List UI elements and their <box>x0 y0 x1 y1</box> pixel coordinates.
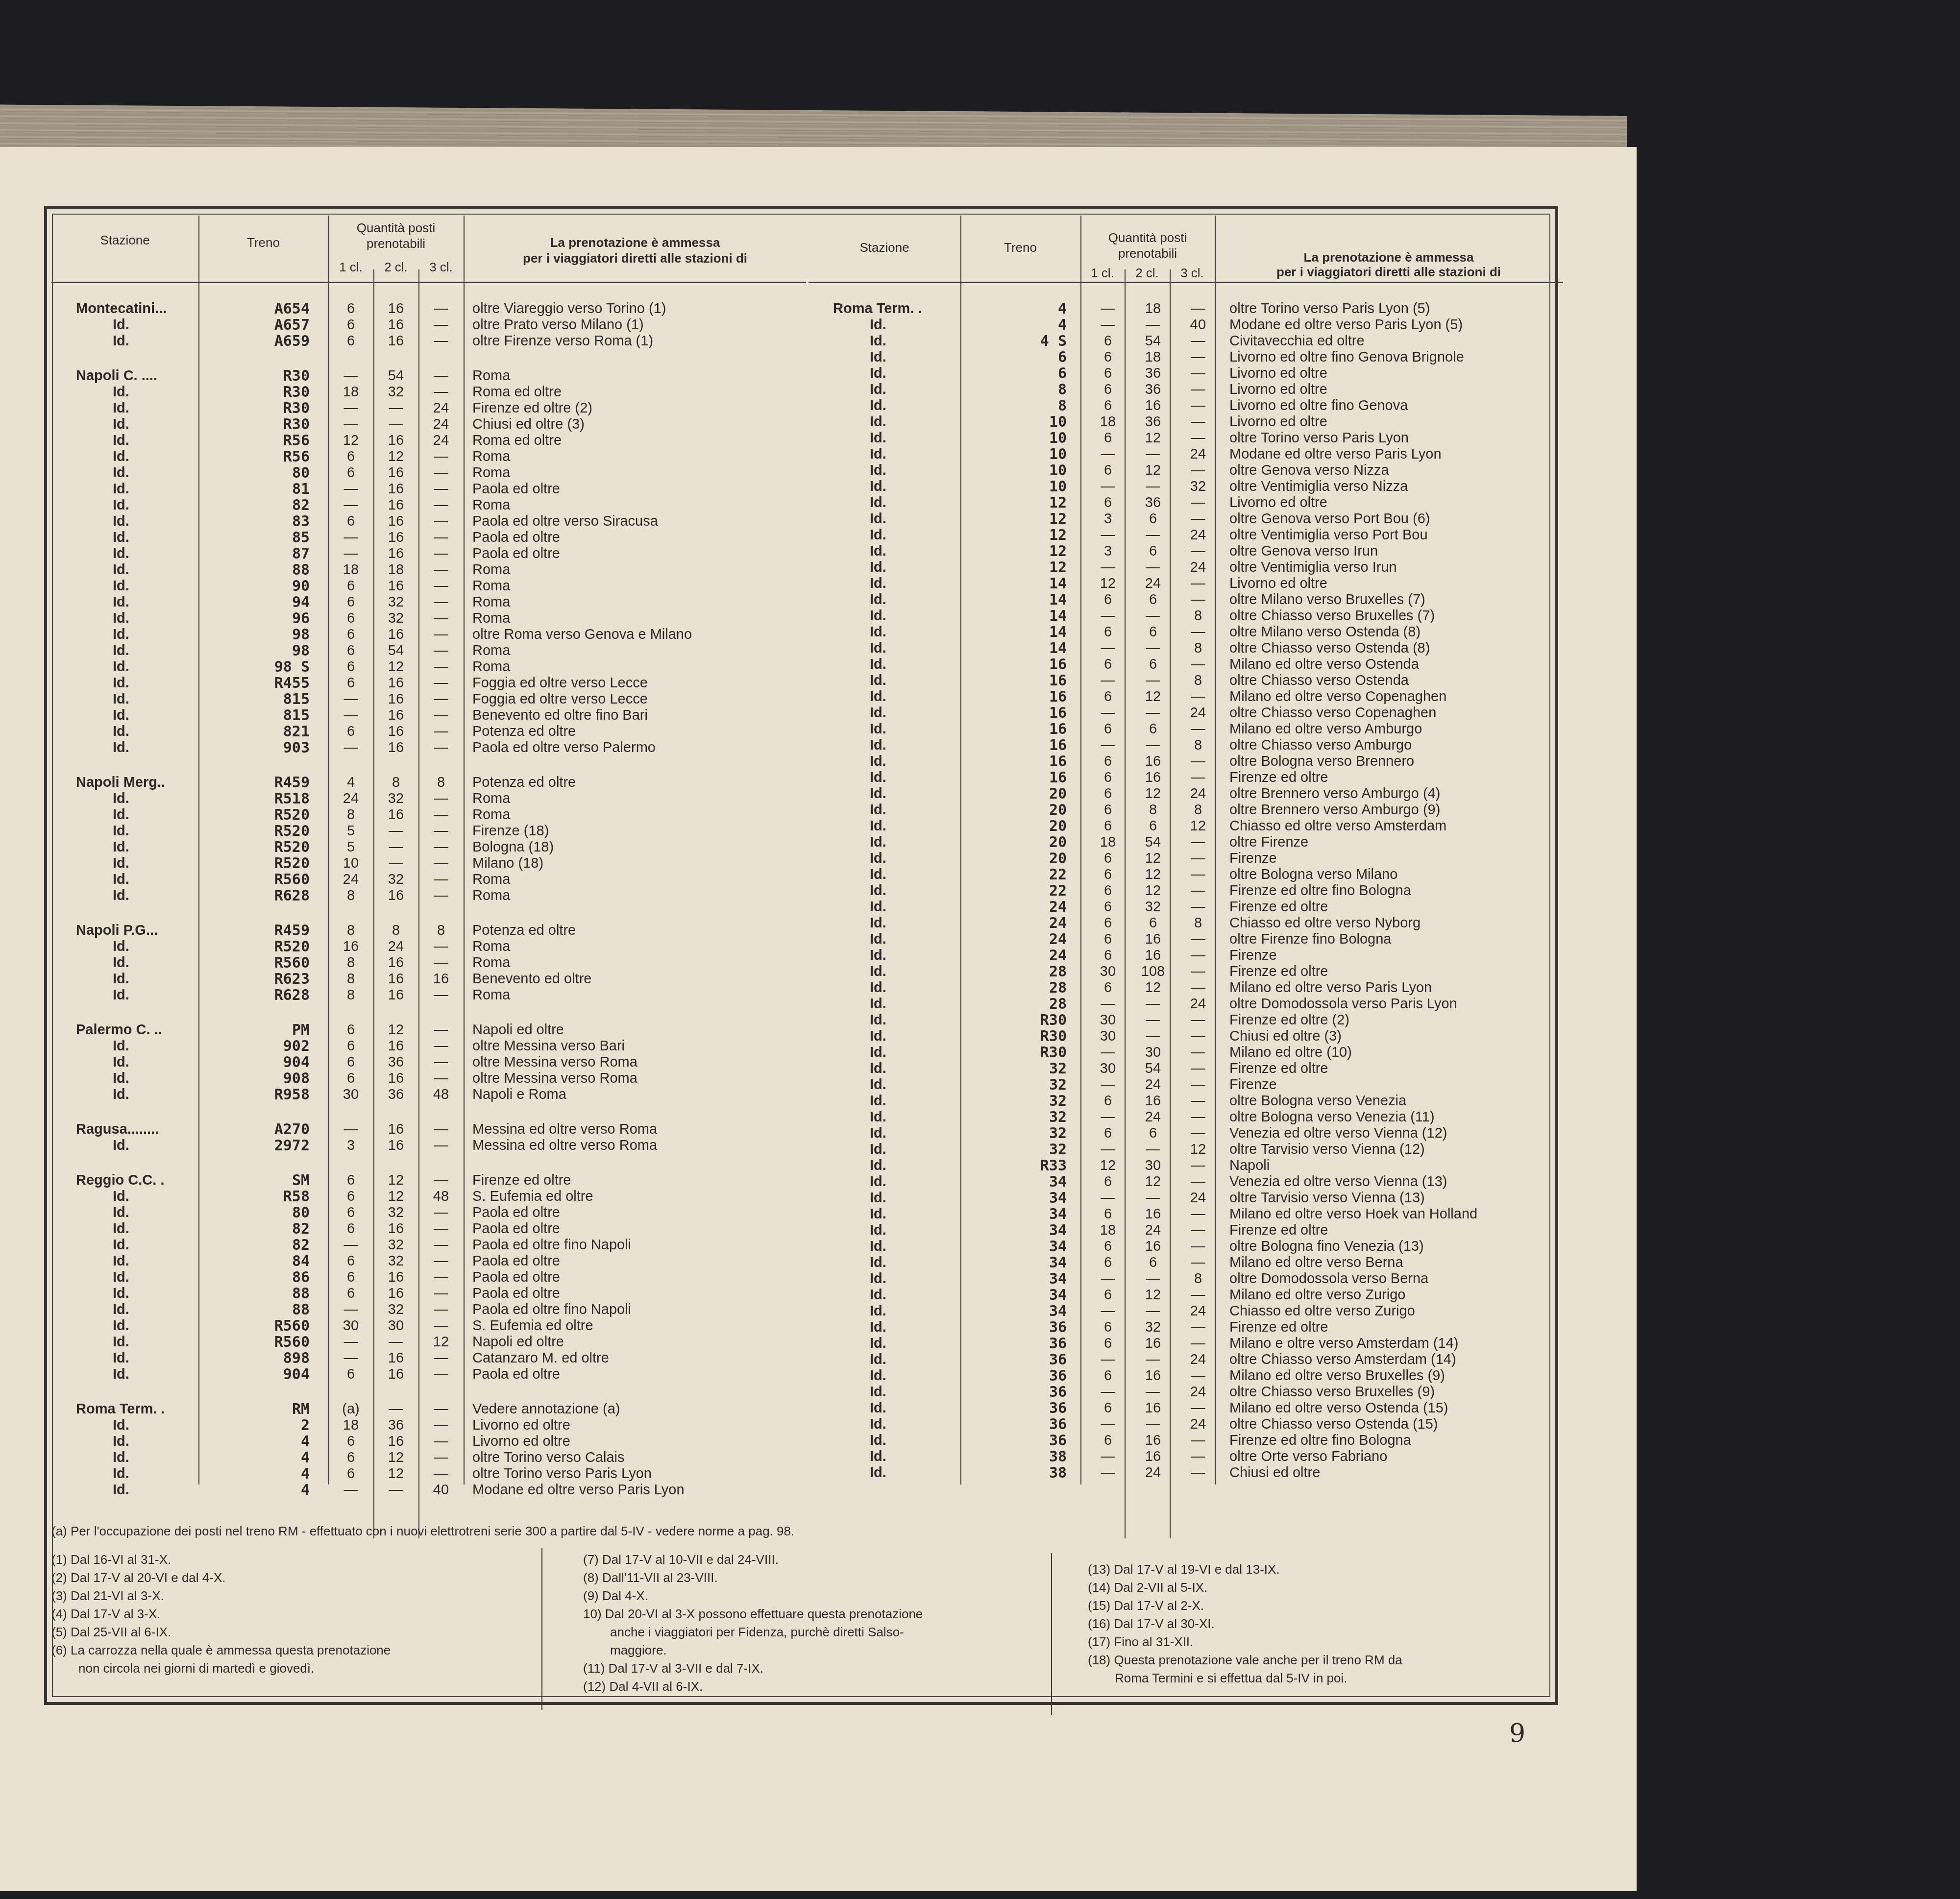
train-cell: 28 <box>955 980 1085 996</box>
station-cell: Ragusa........ <box>51 1121 198 1138</box>
cl3-seats-cell: — <box>1176 754 1221 770</box>
table-row: Id.36616—Firenze ed oltre fino Bologna <box>808 1433 1563 1449</box>
destination-cell: oltre Chiasso verso Amsterdam (14) <box>1221 1352 1456 1368</box>
cl1-seats-cell: 6 <box>328 1022 373 1038</box>
cl1-seats-cell: 6 <box>1085 1239 1130 1255</box>
station-cell: Id. <box>808 737 955 754</box>
train-cell: 36 <box>955 1319 1085 1336</box>
cl3-seats-cell: — <box>1176 1125 1221 1142</box>
train-cell: 86 <box>198 1269 328 1286</box>
train-cell: 22 <box>955 883 1085 899</box>
table-row: Id.1236—oltre Genova verso Port Bou (6) <box>808 511 1563 527</box>
table-row: Id.20688oltre Brennero verso Amburgo (9) <box>808 802 1563 818</box>
cl1-seats-cell: 6 <box>1085 915 1130 931</box>
train-cell: 24 <box>955 915 1085 931</box>
destination-cell: Milano ed oltre verso Ostenda <box>1221 657 1419 673</box>
destination-cell: oltre Genova verso Nizza <box>1221 463 1389 479</box>
cl1-seats-cell: 6 <box>1085 802 1130 818</box>
cl2-seats-cell: — <box>1130 996 1176 1012</box>
cl1-seats-cell: 6 <box>328 1286 373 1302</box>
station-cell: Id. <box>51 888 198 904</box>
cl1-seats-cell: 6 <box>1085 1336 1130 1352</box>
cl2-seats-cell: 6 <box>1130 624 1176 640</box>
train-cell: R623 <box>198 971 328 987</box>
train-cell: 20 <box>955 818 1085 834</box>
table-row: Id.R628816—Roma <box>51 888 806 904</box>
destination-cell: oltre Chiasso verso Ostenda <box>1221 673 1409 689</box>
destination-cell: oltre Torino verso Paris Lyon <box>464 1466 652 1482</box>
train-cell: 88 <box>198 562 328 578</box>
cl3-seats-cell: — <box>418 1071 464 1087</box>
train-cell: 88 <box>198 1302 328 1318</box>
cl1-seats-cell: — <box>328 707 373 724</box>
train-cell: 815 <box>198 707 328 724</box>
table-row: Id.323054—Firenze ed oltre <box>808 1061 1563 1077</box>
cl1-seats-cell: — <box>1085 673 1130 689</box>
table-row: Id.2830108—Firenze ed oltre <box>808 964 1563 980</box>
destination-cell: oltre Firenze fino Bologna <box>1221 931 1391 948</box>
footnote-line: (5) Dal 25-VII al 6-IX. <box>51 1623 391 1641</box>
table-row: Id.2061224oltre Brennero verso Amburgo (… <box>808 786 1563 802</box>
destination-cell: Paola ed oltre fino Napoli <box>464 1302 631 1318</box>
train-cell: 34 <box>955 1239 1085 1255</box>
station-cell: Napoli C. .... <box>51 368 198 384</box>
station-cell: Id. <box>808 867 955 883</box>
cl2-seats-cell: 6 <box>1130 657 1176 673</box>
train-cell: 8 <box>955 382 1085 398</box>
cl3-seats-cell: 24 <box>1176 527 1221 543</box>
train-cell: 82 <box>198 1221 328 1237</box>
destination-cell: Roma <box>464 807 510 823</box>
destination-cell: Civitavecchia ed oltre <box>1221 333 1365 349</box>
cl3-seats-cell: — <box>418 1417 464 1434</box>
cl2-seats-cell: 6 <box>1130 721 1176 737</box>
cl2-seats-cell: 16 <box>373 317 418 333</box>
destination-cell: Firenze <box>1221 851 1277 867</box>
table-row: Id.R5205——Firenze (18) <box>51 823 806 839</box>
train-cell: 82 <box>198 497 328 513</box>
table-row: Id.98616—oltre Roma verso Genova e Milan… <box>51 627 806 643</box>
cl2-seats-cell: 16 <box>373 333 418 349</box>
station-cell: Id. <box>808 818 955 834</box>
destination-cell: Milano ed oltre (10) <box>1221 1045 1352 1061</box>
cl3-seats-cell: — <box>418 333 464 349</box>
cl2-seats-cell: 36 <box>1130 414 1176 430</box>
cl1-seats-cell: — <box>1085 737 1130 754</box>
cl2-seats-cell: 16 <box>373 955 418 971</box>
table-row: Id.3466—Milano ed oltre verso Berna <box>808 1255 1563 1271</box>
train-cell: A659 <box>198 333 328 349</box>
table-row: Id.903—16—Paola ed oltre verso Palermo <box>51 740 806 756</box>
cl3-seats-cell: — <box>1176 398 1221 414</box>
cl1-seats-cell: 6 <box>1085 770 1130 786</box>
footnote-line: (14) Dal 2-VII al 5-IX. <box>1088 1579 1402 1597</box>
table-row: Id.98654—Roma <box>51 643 806 659</box>
cl1-seats-cell: 3 <box>1085 543 1130 560</box>
station-cell: Id. <box>808 1174 955 1190</box>
station-cell: Id. <box>51 1071 198 1087</box>
cl3-seats-cell: — <box>418 855 464 872</box>
table-row: Id.R301832—Roma ed oltre <box>51 384 806 400</box>
train-cell: 12 <box>955 527 1085 543</box>
station-group: Ragusa........A270—16—Messina ed oltre v… <box>51 1121 806 1154</box>
table-body: Montecatini...A654616—oltre Viareggio ve… <box>51 283 806 1498</box>
destination-cell: Modane ed oltre verso Paris Lyon <box>464 1482 685 1498</box>
table-row: Id.12——24oltre Ventimiglia verso Port Bo… <box>808 527 1563 543</box>
station-cell: Id. <box>51 317 198 333</box>
header-cl2: 2 cl. <box>1125 266 1170 281</box>
destination-cell: oltre Brennero verso Amburgo (9) <box>1221 802 1440 818</box>
cl1-seats-cell: 10 <box>328 855 373 872</box>
station-cell: Id. <box>51 872 198 888</box>
table-row: Id.16612—Milano ed oltre verso Copenaghe… <box>808 689 1563 705</box>
station-cell: Id. <box>808 543 955 560</box>
train-cell: 14 <box>955 592 1085 608</box>
cl2-seats-cell: 16 <box>373 1071 418 1087</box>
table-row: Id.96632—Roma <box>51 610 806 627</box>
destination-cell: Paola ed oltre <box>464 481 560 497</box>
destination-cell: Firenze ed oltre fino Bologna <box>1221 883 1411 899</box>
cl3-seats-cell: — <box>418 1366 464 1383</box>
destination-cell: Firenze ed oltre <box>464 1172 571 1189</box>
cl1-seats-cell: 18 <box>328 562 373 578</box>
destination-cell: oltre Chiasso verso Bruxelles (9) <box>1221 1384 1435 1400</box>
cl3-seats-cell: — <box>418 1138 464 1154</box>
table-row: Id.R628816—Roma <box>51 987 806 1003</box>
cl2-seats-cell: 16 <box>373 497 418 513</box>
train-cell: 4 <box>198 1482 328 1498</box>
cl1-seats-cell: 6 <box>328 724 373 740</box>
cl3-seats-cell: — <box>1176 770 1221 786</box>
header-cl2: 2 cl. <box>373 260 418 275</box>
cl3-seats-cell: — <box>1176 851 1221 867</box>
cl2-seats-cell: 24 <box>1130 1222 1176 1239</box>
cl1-seats-cell: 8 <box>328 888 373 904</box>
left-table: Stazione Treno Quantità posti prenotabil… <box>51 216 806 1517</box>
footnote-line: (2) Dal 17-V al 20-VI e dal 4-X. <box>51 1569 391 1587</box>
train-cell: 10 <box>955 479 1085 495</box>
destination-cell: Firenze ed oltre <box>1221 964 1328 980</box>
cl2-seats-cell: 16 <box>373 301 418 317</box>
train-cell: RM <box>198 1401 328 1417</box>
cl3-seats-cell: — <box>1176 834 1221 851</box>
cl2-seats-cell: — <box>373 855 418 872</box>
train-cell: 24 <box>955 931 1085 948</box>
cl3-seats-cell: — <box>418 1434 464 1450</box>
table-row: Id.36——24oltre Chiasso verso Bruxelles (… <box>808 1384 1563 1400</box>
table-row: Id.16——8oltre Chiasso verso Ostenda <box>808 673 1563 689</box>
cl1-seats-cell: 18 <box>328 1417 373 1434</box>
train-cell: R30 <box>198 416 328 433</box>
train-cell: 16 <box>955 689 1085 705</box>
cl2-seats-cell: — <box>1130 608 1176 624</box>
cl3-seats-cell: — <box>418 823 464 839</box>
cl1-seats-cell: 6 <box>1085 867 1130 883</box>
station-cell: Id. <box>808 883 955 899</box>
train-cell: 38 <box>955 1449 1085 1465</box>
destination-cell: Modane ed oltre verso Paris Lyon <box>1221 446 1442 463</box>
table-row: Id.4612—oltre Torino verso Calais <box>51 1450 806 1466</box>
cl2-seats-cell: 108 <box>1130 964 1176 980</box>
footnote-line: 10) Dal 20-VI al 3-X possono effettuare … <box>583 1605 923 1623</box>
station-cell: Id. <box>51 675 198 691</box>
train-cell: 34 <box>955 1255 1085 1271</box>
destination-cell: oltre Torino verso Calais <box>464 1450 625 1466</box>
station-cell: Palermo C. .. <box>51 1022 198 1038</box>
destination-cell: oltre Genova verso Irun <box>1221 543 1378 560</box>
train-cell: R520 <box>198 807 328 823</box>
cl1-seats-cell: 6 <box>1085 624 1130 640</box>
cl1-seats-cell: 24 <box>328 791 373 807</box>
train-cell: 16 <box>955 657 1085 673</box>
destination-cell: Paola ed oltre <box>464 546 560 562</box>
table-row: Id.341824—Firenze ed oltre <box>808 1222 1563 1239</box>
cl1-seats-cell: 6 <box>1085 899 1130 915</box>
destination-cell: oltre Messina verso Roma <box>464 1071 637 1087</box>
cl2-seats-cell: 32 <box>373 791 418 807</box>
cl2-seats-cell: 16 <box>373 465 418 481</box>
cl2-seats-cell: 16 <box>373 740 418 756</box>
train-cell: 12 <box>955 495 1085 511</box>
station-cell: Reggio C.C. . <box>51 1172 198 1189</box>
cl2-seats-cell: 16 <box>373 1138 418 1154</box>
train-cell: 87 <box>198 546 328 562</box>
destination-cell: oltre Ventimiglia verso Irun <box>1221 560 1397 576</box>
cl3-seats-cell: 8 <box>1176 737 1221 754</box>
header-train: Treno <box>198 235 328 250</box>
cl1-seats-cell: — <box>1085 1449 1130 1465</box>
table-row: Id.A657616—oltre Prato verso Milano (1) <box>51 317 806 333</box>
destination-cell: oltre Chiasso verso Ostenda (15) <box>1221 1416 1438 1433</box>
cl1-seats-cell: 6 <box>1085 1255 1130 1271</box>
table-row: Id.36616—Milano ed oltre verso Ostenda (… <box>808 1400 1563 1416</box>
table-row: Id.R3030——Chiusi ed oltre (3) <box>808 1028 1563 1045</box>
station-cell: Id. <box>51 1450 198 1466</box>
destination-cell: Napoli e Roma <box>464 1087 566 1103</box>
station-cell: Id. <box>51 1038 198 1054</box>
destination-cell: oltre Tarvisio verso Vienna (12) <box>1221 1142 1425 1158</box>
cl2-seats-cell: 36 <box>1130 365 1176 382</box>
destination-cell: Roma <box>464 465 510 481</box>
destination-cell: oltre Domodossola verso Paris Lyon <box>1221 996 1457 1012</box>
station-cell: Id. <box>808 721 955 737</box>
station-cell: Id. <box>51 1350 198 1366</box>
train-cell: R628 <box>198 888 328 904</box>
cl3-seats-cell: — <box>1176 463 1221 479</box>
destination-cell: Firenze ed oltre (2) <box>464 400 592 416</box>
table-row: Id.24668Chiasso ed oltre verso Nyborg <box>808 915 1563 931</box>
destination-cell: Paola ed oltre <box>464 1253 560 1269</box>
cl3-seats-cell: — <box>418 659 464 675</box>
cl2-seats-cell: — <box>1130 1352 1176 1368</box>
cl3-seats-cell: 24 <box>1176 1190 1221 1206</box>
train-cell: 902 <box>198 1038 328 1054</box>
cl1-seats-cell: 6 <box>328 610 373 627</box>
station-cell: Id. <box>51 1318 198 1334</box>
table-row: Id.141224—Livorno ed oltre <box>808 576 1563 592</box>
destination-cell: Milano ed oltre verso Hoek van Holland <box>1221 1206 1477 1222</box>
destination-cell: Roma <box>464 888 510 904</box>
train-cell: 20 <box>955 834 1085 851</box>
cl2-seats-cell: 32 <box>373 1253 418 1269</box>
cl1-seats-cell: 6 <box>328 1450 373 1466</box>
cl2-seats-cell: — <box>1130 1384 1176 1400</box>
train-cell: SM <box>198 1172 328 1189</box>
cl3-seats-cell: — <box>1176 657 1221 673</box>
footnotes-col3: (13) Dal 17-V al 19-VI e dal 13-IX.(14) … <box>1088 1560 1402 1687</box>
cl1-seats-cell: 6 <box>1085 365 1130 382</box>
cl3-seats-cell: — <box>1176 543 1221 560</box>
cl1-seats-cell: 6 <box>1085 931 1130 948</box>
cl1-seats-cell: 6 <box>328 301 373 317</box>
cl3-seats-cell: — <box>1176 1319 1221 1336</box>
cl2-seats-cell: 12 <box>373 1172 418 1189</box>
table-row: Id.10——24Modane ed oltre verso Paris Lyo… <box>808 446 1563 463</box>
cl2-seats-cell: — <box>1130 705 1176 721</box>
cl3-seats-cell: — <box>1176 867 1221 883</box>
destination-cell: Firenze ed oltre <box>1221 1061 1328 1077</box>
train-cell: 28 <box>955 996 1085 1012</box>
destination-cell: Paola ed oltre verso Palermo <box>464 740 656 756</box>
cl1-seats-cell: — <box>1085 1465 1130 1481</box>
destination-cell: Roma <box>464 610 510 627</box>
cl1-seats-cell: 5 <box>328 839 373 855</box>
cl1-seats-cell: — <box>328 740 373 756</box>
cl3-seats-cell: — <box>418 1401 464 1417</box>
cl3-seats-cell: — <box>1176 301 1221 317</box>
destination-cell: Chiusi ed oltre (3) <box>464 416 585 433</box>
cl3-seats-cell: — <box>1176 899 1221 915</box>
cl1-seats-cell: 18 <box>328 384 373 400</box>
table-row: Id.83616—Paola ed oltre verso Siracusa <box>51 513 806 530</box>
table-row: Ragusa........A270—16—Messina ed oltre v… <box>51 1121 806 1138</box>
cl2-seats-cell: 16 <box>373 724 418 740</box>
cl3-seats-cell: — <box>1176 1077 1221 1093</box>
station-cell: Id. <box>51 627 198 643</box>
station-group: Reggio C.C. .SM612—Firenze ed oltreId.R5… <box>51 1172 806 1383</box>
cl2-seats-cell: 32 <box>373 610 418 627</box>
table-row: Id.85—16—Paola ed oltre <box>51 530 806 546</box>
destination-cell: Catanzaro M. ed oltre <box>464 1350 609 1366</box>
train-cell: 85 <box>198 530 328 546</box>
train-cell: R58 <box>198 1189 328 1205</box>
table-row: Id.R62381616Benevento ed oltre <box>51 971 806 987</box>
destination-cell: Chiasso ed oltre verso Amsterdam <box>1221 818 1446 834</box>
train-cell: 20 <box>955 802 1085 818</box>
table-row: Id.88616—Paola ed oltre <box>51 1286 806 1302</box>
cl3-seats-cell: — <box>1176 721 1221 737</box>
cl1-seats-cell: — <box>328 481 373 497</box>
train-cell: 34 <box>955 1206 1085 1222</box>
cl1-seats-cell: — <box>1085 317 1130 333</box>
cl3-seats-cell: 8 <box>1176 673 1221 689</box>
table-row: Id.21836—Livorno ed oltre <box>51 1417 806 1434</box>
cl3-seats-cell: — <box>1176 511 1221 527</box>
table-row: Id.88—32—Paola ed oltre fino Napoli <box>51 1302 806 1318</box>
train-cell: 4 <box>198 1434 328 1450</box>
cl3-seats-cell: — <box>418 1350 464 1366</box>
table-row: Id.36616—Milano e oltre verso Amsterdam … <box>808 1336 1563 1352</box>
train-cell: R560 <box>198 1318 328 1334</box>
table-row: Id.A659616—oltre Firenze verso Roma (1) <box>51 333 806 349</box>
cl2-seats-cell: 16 <box>373 578 418 594</box>
table-row: Id.14——8oltre Chiasso verso Ostenda (8) <box>808 640 1563 657</box>
cl2-seats-cell: 16 <box>1130 1336 1176 1352</box>
cl1-seats-cell: — <box>1085 301 1130 317</box>
train-cell: A654 <box>198 301 328 317</box>
footnote-line: (6) La carrozza nella quale è ammessa qu… <box>51 1641 391 1659</box>
destination-cell: Firenze ed oltre <box>1221 1222 1328 1239</box>
train-cell: 898 <box>198 1350 328 1366</box>
cl2-seats-cell: 32 <box>373 1237 418 1253</box>
table-row: Palermo C. ..PM612—Napoli ed oltre <box>51 1022 806 1038</box>
station-cell: Id. <box>51 1054 198 1071</box>
cl2-seats-cell: 16 <box>373 1350 418 1366</box>
station-cell: Id. <box>51 1417 198 1434</box>
station-cell: Id. <box>808 382 955 398</box>
station-cell: Id. <box>51 807 198 823</box>
station-cell: Id. <box>51 449 198 465</box>
table-row: Id.81—16—Paola ed oltre <box>51 481 806 497</box>
destination-cell: Chiusi ed oltre <box>1221 1465 1320 1481</box>
cl3-seats-cell: 24 <box>1176 1384 1221 1400</box>
cl3-seats-cell: — <box>418 627 464 643</box>
destination-cell: oltre Brennero verso Amburgo (4) <box>1221 786 1440 802</box>
cl1-seats-cell: — <box>1085 705 1130 721</box>
train-cell: 16 <box>955 705 1085 721</box>
destination-cell: Roma <box>464 659 510 675</box>
cl3-seats-cell: — <box>1176 1368 1221 1384</box>
cl1-seats-cell: 6 <box>328 627 373 643</box>
cl1-seats-cell: 6 <box>328 333 373 349</box>
cl2-seats-cell: — <box>1130 560 1176 576</box>
train-cell: R958 <box>198 1087 328 1103</box>
cl2-seats-cell: — <box>373 823 418 839</box>
footnote-line: (1) Dal 16-VI al 31-X. <box>51 1551 391 1569</box>
table-row: Id.898—16—Catanzaro M. ed oltre <box>51 1350 806 1366</box>
destination-cell: oltre Firenze <box>1221 834 1308 851</box>
destination-cell: oltre Bologna fino Venezia (13) <box>1221 1239 1424 1255</box>
cl3-seats-cell: 8 <box>418 923 464 939</box>
table-row: Id.32—24—Firenze <box>808 1077 1563 1093</box>
table-row: Id.10612—oltre Torino verso Paris Lyon <box>808 430 1563 446</box>
table-row: Id.4612—oltre Torino verso Paris Lyon <box>51 1466 806 1482</box>
train-cell: 16 <box>955 721 1085 737</box>
cl2-seats-cell: 16 <box>1130 770 1176 786</box>
train-cell: 904 <box>198 1054 328 1071</box>
train-cell: 98 S <box>198 659 328 675</box>
station-cell: Id. <box>808 1239 955 1255</box>
cl2-seats-cell: 12 <box>373 659 418 675</box>
cl1-seats-cell: 3 <box>1085 511 1130 527</box>
train-cell: 904 <box>198 1366 328 1383</box>
cl2-seats-cell: 12 <box>1130 883 1176 899</box>
table-row: Napoli P.G...R459888Potenza ed oltre <box>51 923 806 939</box>
cl1-seats-cell: 30 <box>1085 1061 1130 1077</box>
table-row: Id.16616—Firenze ed oltre <box>808 770 1563 786</box>
cl2-seats-cell: 54 <box>373 368 418 384</box>
destination-cell: oltre Chiasso verso Ostenda (8) <box>1221 640 1430 657</box>
station-cell: Id. <box>808 1352 955 1368</box>
cl3-seats-cell: 8 <box>1176 1271 1221 1287</box>
cl1-seats-cell: 4 <box>328 775 373 791</box>
cl1-seats-cell: — <box>1085 640 1130 657</box>
table-row: Id.16616—oltre Bologna verso Brennero <box>808 754 1563 770</box>
station-cell: Id. <box>51 578 198 594</box>
station-cell: Id. <box>808 1368 955 1384</box>
cl1-seats-cell: 8 <box>328 971 373 987</box>
table-row: Id.904636—oltre Messina verso Roma <box>51 1054 806 1071</box>
